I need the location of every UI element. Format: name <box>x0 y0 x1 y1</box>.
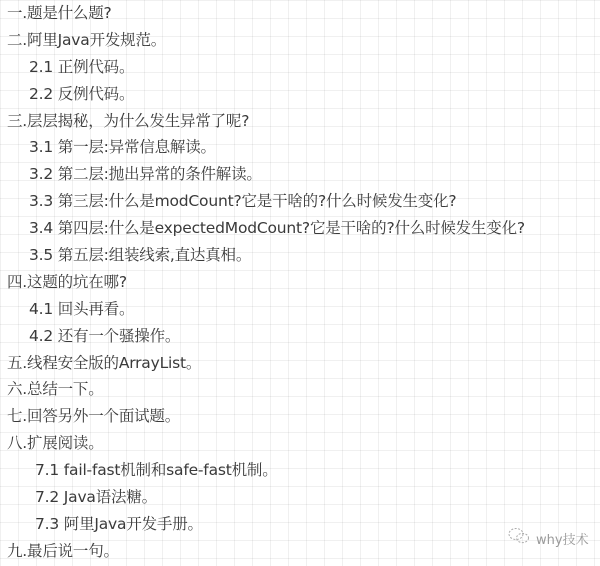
watermark: why技术 <box>508 526 589 550</box>
toc-subitem: 3.5 第五层:组装线索,直达真相。 <box>7 242 525 269</box>
toc-item: 八.扩展阅读。 <box>7 430 525 457</box>
toc-item: 七.回答另外一个面试题。 <box>7 403 525 430</box>
wechat-icon <box>508 527 530 549</box>
toc-item: 一.题是什么题? <box>7 0 525 27</box>
toc-item: 六.总结一下。 <box>7 376 525 403</box>
toc-subitem: 4.1 回头再看。 <box>7 296 525 323</box>
toc-item: 三.层层揭秘，为什么发生异常了呢? <box>7 108 525 135</box>
toc-subitem: 4.2 还有一个骚操作。 <box>7 323 525 350</box>
toc-item: 二.阿里Java开发规范。 <box>7 27 525 54</box>
toc-item: 九.最后说一句。 <box>7 538 525 565</box>
toc-subitem: 3.3 第三层:什么是modCount?它是干啥的?什么时候发生变化? <box>7 188 525 215</box>
watermark-text: why技术 <box>536 529 589 548</box>
toc-subitem: 2.2 反例代码。 <box>7 81 525 108</box>
toc-subitem: 2.1 正例代码。 <box>7 54 525 81</box>
toc-subitem: 3.4 第四层:什么是expectedModCount?它是干啥的?什么时候发生… <box>7 215 525 242</box>
table-of-contents: 一.题是什么题? 二.阿里Java开发规范。 2.1 正例代码。 2.2 反例代… <box>7 0 525 565</box>
toc-subitem: 7.2 Java语法糖。 <box>7 484 525 511</box>
toc-item: 五.线程安全版的ArrayList。 <box>7 350 525 377</box>
toc-subitem: 3.1 第一层:异常信息解读。 <box>7 134 525 161</box>
toc-subitem: 3.2 第二层:抛出异常的条件解读。 <box>7 161 525 188</box>
toc-item: 四.这题的坑在哪? <box>7 269 525 296</box>
toc-subitem: 7.1 fail-fast机制和safe-fast机制。 <box>7 457 525 484</box>
toc-subitem: 7.3 阿里Java开发手册。 <box>7 511 525 538</box>
